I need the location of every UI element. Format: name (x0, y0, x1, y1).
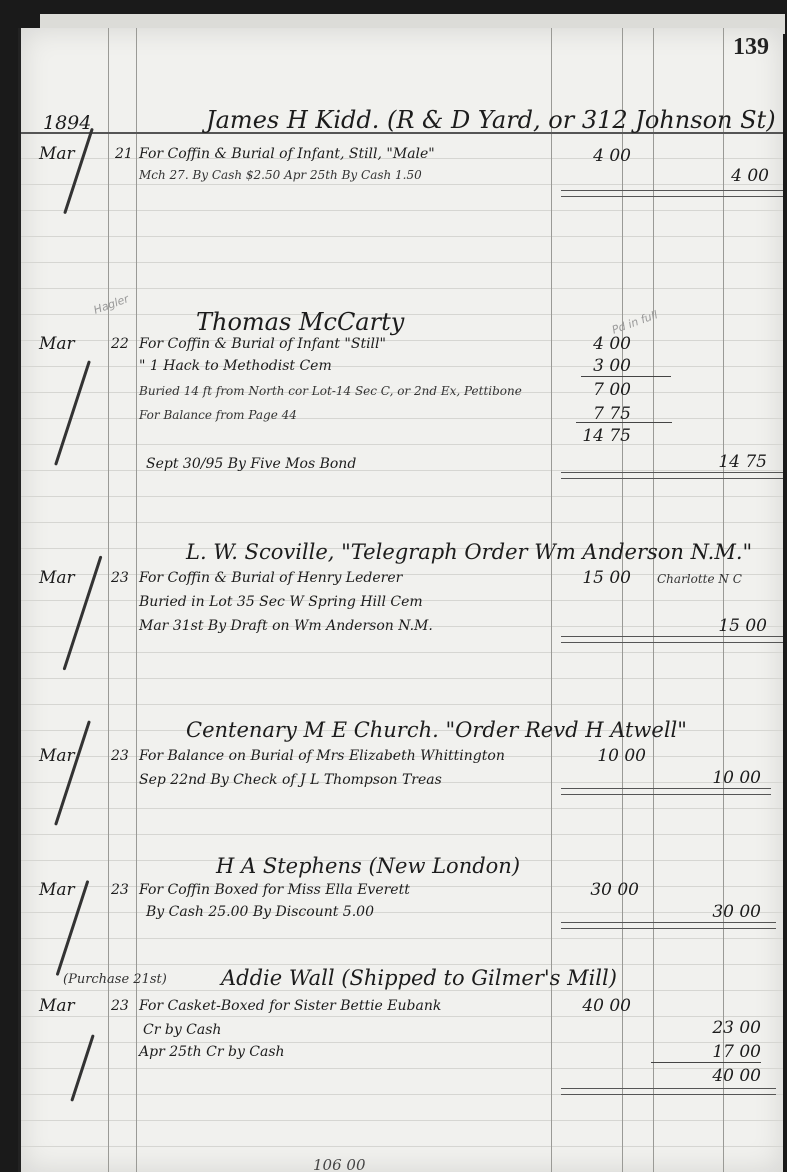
debit-amount: 40 00 (561, 996, 631, 1016)
entry-day: 22 (111, 336, 129, 352)
entry-month: Mar (39, 996, 75, 1016)
credit-amount: 17 00 (691, 1042, 761, 1062)
entry-month: Mar (39, 880, 75, 900)
entry-line: Cr by Cash (143, 1022, 221, 1038)
credit-amount: 14 75 (697, 452, 767, 472)
entry-line: Sep 22nd By Check of J L Thompson Treas (139, 772, 442, 788)
posted-tick-mark (54, 720, 91, 826)
entry-day: 21 (115, 146, 133, 162)
entry-day: 23 (111, 570, 129, 586)
location-note: Charlotte N C (657, 572, 742, 586)
purchase-note: (Purchase 21st) (63, 972, 167, 987)
account-name: James H Kidd. (R & D Yard, or 312 Johnso… (206, 106, 776, 134)
debit-total: 14 75 (561, 426, 631, 446)
credit-amount: 15 00 (697, 616, 767, 636)
entry-line: " 1 Hack to Methodist Cem (139, 358, 332, 374)
page-footer-total: 106 00 (313, 1156, 366, 1172)
credit-amount: 23 00 (691, 1018, 761, 1038)
debit-amount: 7 00 (561, 380, 631, 400)
entry-line: By Cash 25.00 By Discount 5.00 (146, 904, 374, 920)
entry-line: Apr 25th Cr by Cash (139, 1044, 285, 1060)
year-label: 1894 (43, 112, 91, 134)
entry-day: 23 (111, 882, 129, 898)
entry-month: Mar (39, 144, 75, 164)
entry-month: Mar (39, 334, 75, 354)
account-name: Thomas McCarty (196, 308, 404, 336)
credit-amount: 10 00 (691, 768, 761, 788)
entry-line: For Coffin & Burial of Infant, Still, "M… (139, 146, 435, 162)
entry-day: 23 (111, 998, 129, 1014)
entry-line: Mar 31st By Draft on Wm Anderson N.M. (139, 618, 433, 634)
entry-line: For Coffin & Burial of Infant "Still" (139, 336, 386, 352)
debit-amount: 4 00 (561, 146, 631, 166)
account-name: H A Stephens (New London) (216, 854, 520, 878)
debit-amount: 30 00 (569, 880, 639, 900)
account-name: Addie Wall (Shipped to Gilmer's Mill) (221, 966, 617, 990)
entry-line: For Balance on Burial of Mrs Elizabeth W… (139, 748, 505, 764)
entry-line: For Coffin Boxed for Miss Ella Everett (139, 882, 410, 898)
debit-amount: 4 00 (561, 334, 631, 354)
entry-month: Mar (39, 746, 75, 766)
entry-line: Buried in Lot 35 Sec W Spring Hill Cem (139, 594, 423, 610)
debit-amount: 15 00 (561, 568, 631, 588)
entry-month: Mar (39, 568, 75, 588)
debit-amount: 3 00 (561, 356, 631, 376)
entry-line: For Balance from Page 44 (139, 408, 297, 422)
entry-line: Buried 14 ft from North cor Lot-14 Sec C… (139, 384, 522, 398)
account-name: Centenary M E Church. "Order Revd H Atwe… (186, 718, 687, 742)
debit-amount: 10 00 (576, 746, 646, 766)
entry-line: For Casket-Boxed for Sister Bettie Euban… (139, 998, 441, 1014)
page-number: 139 (733, 34, 769, 61)
paid-note: Pd in full (610, 308, 659, 336)
posted-tick-mark (63, 128, 94, 215)
ledger-page: 139 1894 James H Kidd. (R & D Yard, or 3… (18, 28, 783, 1172)
entry-line: For Coffin & Burial of Henry Lederer (139, 570, 402, 586)
credit-amount: 4 00 (699, 166, 769, 186)
debit-amount: 7 75 (561, 404, 631, 424)
credit-amount: 30 00 (691, 902, 761, 922)
entry-line: Sept 30/95 By Five Mos Bond (146, 456, 356, 472)
account-name: L. W. Scoville, "Telegraph Order Wm Ande… (186, 540, 752, 564)
credit-total: 40 00 (691, 1066, 761, 1086)
posted-tick-mark (54, 360, 91, 466)
entry-line: Mch 27. By Cash $2.50 Apr 25th By Cash 1… (139, 168, 422, 182)
entry-day: 23 (111, 748, 129, 764)
